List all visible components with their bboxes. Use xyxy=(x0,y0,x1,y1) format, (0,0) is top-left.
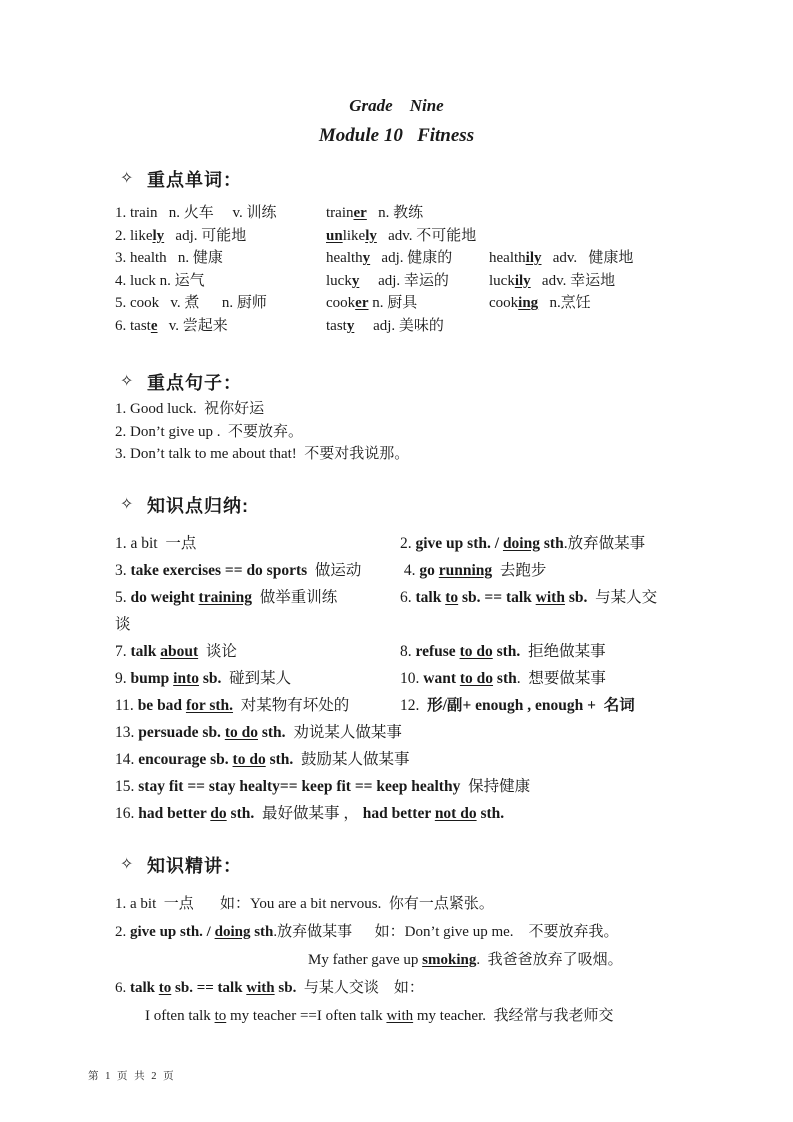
text-segment: sth xyxy=(250,924,273,940)
text-column: 2. give up sth. / doing sth.放弃做某事 如：Don’… xyxy=(115,918,619,946)
text-column: 9. bump into sb. 碰到某人 xyxy=(115,665,291,692)
diamond-bullet-icon: ✧ xyxy=(120,371,133,390)
text-segment: sth xyxy=(540,535,564,552)
text-segment: give up sth. / xyxy=(130,924,215,940)
text-segment: 13. xyxy=(115,724,138,741)
section-heading-knowledge-points: ✧ 知识点归纳: xyxy=(0,492,793,518)
section-heading-key-sentences: ✧ 重点句子： xyxy=(0,369,793,395)
text-column: healthily adv. 健康地 xyxy=(489,247,633,270)
text-column: healthy adj. 健康的 xyxy=(326,247,452,270)
text-segment: ly xyxy=(365,228,377,244)
text-line: 16. had better do sth. 最好做某事 ， had bette… xyxy=(0,800,793,827)
text-column: My father gave up smoking. 我爸爸放弃了吸烟。 xyxy=(308,946,623,974)
diamond-bullet-icon: ✧ xyxy=(120,854,133,873)
text-column: 13. persuade sb. to do sth. 劝说某人做某事 xyxy=(115,719,402,746)
text-segment: health xyxy=(326,250,363,266)
text-column: trainer n. 教练 xyxy=(326,202,423,225)
text-segment: v. 尝起来 xyxy=(158,318,228,334)
text-segment: to do xyxy=(233,751,266,768)
text-segment: adj. 幸运的 xyxy=(359,273,449,289)
text-segment: sb. == talk xyxy=(458,589,536,606)
text-line: 13. persuade sb. to do sth. 劝说某人做某事 xyxy=(0,719,793,746)
text-segment: 3. Don’t talk to me about that! 不要对我说那。 xyxy=(115,446,409,462)
text-line: 3. health n. 健康healthy adj. 健康的healthily… xyxy=(0,247,793,270)
text-segment: to do xyxy=(225,724,258,741)
text-line: 9. bump into sb. 碰到某人10. want to do sth.… xyxy=(0,665,793,692)
text-segment: ily xyxy=(515,273,531,289)
text-segment: 6. xyxy=(115,980,130,996)
text-segment: talk xyxy=(416,589,446,606)
text-segment: My father gave up xyxy=(308,952,422,968)
text-segment: ly xyxy=(153,228,165,244)
text-segment: 最好做某事 ， xyxy=(254,805,359,822)
key-words-list: 1. train n. 火车 v. 训练trainer n. 教练2. like… xyxy=(0,202,793,338)
text-column: 7. talk about 谈论 xyxy=(115,638,237,665)
text-segment: 1. a bit 一点 如：You are a bit nervous. 你有一… xyxy=(115,896,494,912)
section-title: 重点单词： xyxy=(147,166,242,192)
text-line: 2. Don’t give up . 不要放弃。 xyxy=(0,421,793,444)
text-segment: sb. xyxy=(199,670,221,687)
text-segment: 5. cook v. 煮 n. 厨师 xyxy=(115,295,267,311)
text-segment: cook xyxy=(489,295,518,311)
text-segment: I often talk xyxy=(145,1008,215,1024)
text-segment: 15. xyxy=(115,778,138,795)
title-module: Module 10 Fitness xyxy=(0,125,793,147)
text-segment: talk xyxy=(131,643,161,660)
text-segment: 14. xyxy=(115,751,138,768)
text-segment: to do xyxy=(460,643,493,660)
text-column: unlikely adv. 不可能地 xyxy=(326,225,476,248)
text-segment: sb. xyxy=(275,980,297,996)
text-segment: ily xyxy=(526,250,542,266)
text-column: 6. taste v. 尝起来 xyxy=(115,315,228,338)
text-segment: about xyxy=(160,643,198,660)
text-column: 3. take exercises == do sports 做运动 xyxy=(115,557,361,584)
text-segment: 与某人交谈 如： xyxy=(296,980,424,996)
text-column: 5. cook v. 煮 n. 厨师 xyxy=(115,292,267,315)
text-line: 7. talk about 谈论8. refuse to do sth. 拒绝做… xyxy=(0,638,793,665)
text-segment: 2. Don’t give up . 不要放弃。 xyxy=(115,424,303,440)
text-column: 10. want to do sth. 想要做某事 xyxy=(400,665,606,692)
text-column: 2. likely adj. 可能地 xyxy=(115,225,246,248)
text-segment: 保持健康 xyxy=(460,778,530,795)
text-segment: 3. health n. 健康 xyxy=(115,250,223,266)
text-column: 5. do weight training 做举重训练 xyxy=(115,584,337,611)
document-page: Grade Nine Module 10 Fitness ✧ 重点单词： 1. … xyxy=(0,0,793,1122)
text-segment: with xyxy=(386,1008,413,1024)
text-column: 6. talk to sb. == talk with sb. 与某人交 xyxy=(400,584,657,611)
text-segment: 7. xyxy=(115,643,131,660)
text-column: cooking n.烹饪 xyxy=(489,292,591,315)
text-line: 1. a bit 一点 如：You are a bit nervous. 你有一… xyxy=(0,890,793,918)
text-segment: 2. like xyxy=(115,228,153,244)
text-segment: sth. xyxy=(266,751,294,768)
text-segment: do xyxy=(210,805,226,822)
text-segment: cook xyxy=(326,295,355,311)
section-heading-key-words: ✧ 重点单词： xyxy=(0,166,793,192)
text-segment: to xyxy=(215,1008,227,1024)
text-segment: 9. xyxy=(115,670,131,687)
text-column: 1. train n. 火车 v. 训练 xyxy=(115,202,277,225)
text-segment: 对某物有坏处的 xyxy=(233,697,349,714)
text-segment: 5. xyxy=(115,589,131,606)
text-segment: do weight xyxy=(131,589,199,606)
text-segment: + enough , enough + xyxy=(462,697,603,714)
text-line: I often talk to my teacher ==I often tal… xyxy=(0,1002,793,1030)
knowledge-detail-list: 1. a bit 一点 如：You are a bit nervous. 你有一… xyxy=(0,890,793,1030)
text-column: 2. Don’t give up . 不要放弃。 xyxy=(115,421,303,444)
knowledge-points-list: 1. a bit 一点2. give up sth. / doing sth.放… xyxy=(0,530,793,827)
text-segment: smoking xyxy=(422,952,476,968)
diamond-bullet-icon: ✧ xyxy=(120,168,133,187)
text-segment: 3. xyxy=(115,562,131,579)
text-line: 1. Good luck. 祝你好运 xyxy=(0,398,793,421)
text-column: 4. go running 去跑步 xyxy=(400,557,546,584)
text-segment: to do xyxy=(460,670,493,687)
text-segment: .放弃做某事 如：Don’t give up me. 不要放弃我。 xyxy=(273,924,618,940)
text-line: 2. likely adj. 可能地unlikely adv. 不可能地 xyxy=(0,225,793,248)
text-segment: n.烹饪 xyxy=(538,295,591,311)
text-segment: to xyxy=(445,589,458,606)
text-segment: 拒绝做某事 xyxy=(520,643,605,660)
text-column: tasty adj. 美味的 xyxy=(326,315,444,338)
text-segment: like xyxy=(343,228,366,244)
text-segment: 名词 xyxy=(604,697,635,714)
text-segment: 1. train n. 火车 v. 训练 xyxy=(115,205,277,221)
text-line: 6. talk to sb. == talk with sb. 与某人交谈 如： xyxy=(0,974,793,1002)
text-column: 12. 形/副+ enough , enough + 名词 xyxy=(400,692,635,719)
text-segment: for sth. xyxy=(186,697,233,714)
text-segment: 去跑步 xyxy=(492,562,546,579)
text-column: 14. encourage sb. to do sth. 鼓励某人做某事 xyxy=(115,746,410,773)
text-segment: 2. xyxy=(115,924,130,940)
section-title: 知识点归纳: xyxy=(147,492,249,518)
text-segment: stay fit == stay healty== keep fit == ke… xyxy=(138,778,460,795)
text-segment: bump xyxy=(131,670,174,687)
text-segment: refuse xyxy=(416,643,460,660)
text-segment: my teacher ==I often talk xyxy=(226,1008,386,1024)
text-line: 3. Don’t talk to me about that! 不要对我说那。 xyxy=(0,443,793,466)
text-line: 谈 xyxy=(0,611,793,638)
text-segment: sth. xyxy=(493,643,521,660)
page-number-footer: 第 1 页 共 2 页 xyxy=(88,1068,176,1083)
text-segment: go xyxy=(419,562,438,579)
text-segment: tast xyxy=(326,318,347,334)
text-column: 4. luck n. 运气 xyxy=(115,270,205,293)
diamond-bullet-icon: ✧ xyxy=(120,494,133,513)
text-line: 2. give up sth. / doing sth.放弃做某事 如：Don’… xyxy=(0,918,793,946)
key-sentences-list: 1. Good luck. 祝你好运2. Don’t give up . 不要放… xyxy=(0,398,793,466)
text-column: 2. give up sth. / doing sth.放弃做某事 xyxy=(400,530,645,557)
text-column: 3. health n. 健康 xyxy=(115,247,223,270)
text-segment: adv. 不可能地 xyxy=(377,228,476,244)
text-segment: . 我爸爸放弃了吸烟。 xyxy=(476,952,622,968)
text-segment: with xyxy=(536,589,565,606)
section-heading-knowledge-detail: ✧ 知识精讲： xyxy=(0,852,793,878)
text-segment: n. 教练 xyxy=(367,205,423,221)
text-segment: running xyxy=(439,562,492,579)
text-segment: er xyxy=(355,295,368,311)
text-line: 1. a bit 一点2. give up sth. / doing sth.放… xyxy=(0,530,793,557)
text-segment: with xyxy=(246,980,274,996)
text-segment: ing xyxy=(518,295,538,311)
text-segment: 谈论 xyxy=(198,643,237,660)
text-column: 1. Good luck. 祝你好运 xyxy=(115,398,264,421)
text-segment: 8. xyxy=(400,643,416,660)
text-segment: n. 厨具 xyxy=(369,295,418,311)
text-column: I often talk to my teacher ==I often tal… xyxy=(145,1002,614,1030)
text-column: 16. had better do sth. 最好做某事 ， had bette… xyxy=(115,800,504,827)
text-segment: 12. xyxy=(400,697,427,714)
text-segment: 谈 xyxy=(115,616,131,633)
text-segment: talk xyxy=(130,980,159,996)
document-title: Grade Nine Module 10 Fitness xyxy=(0,96,793,147)
text-segment: 2. xyxy=(400,535,416,552)
text-segment: train xyxy=(326,205,354,221)
text-segment: 做运动 xyxy=(307,562,361,579)
text-segment: adv. 幸运地 xyxy=(531,273,615,289)
text-line: 1. train n. 火车 v. 训练trainer n. 教练 xyxy=(0,202,793,225)
text-segment: luck xyxy=(489,273,515,289)
text-segment: sb. == talk xyxy=(171,980,246,996)
text-segment: sth. xyxy=(227,805,255,822)
text-segment: had better xyxy=(138,805,210,822)
text-segment: sb. xyxy=(565,589,587,606)
text-segment: to xyxy=(159,980,172,996)
text-segment: be bad xyxy=(138,697,186,714)
text-column: lucky adj. 幸运的 xyxy=(326,270,449,293)
text-segment: not do xyxy=(435,805,477,822)
text-segment: adv. 健康地 xyxy=(542,250,634,266)
text-segment: want xyxy=(423,670,460,687)
text-line: 5. cook v. 煮 n. 厨师cooker n. 厨具cooking n.… xyxy=(0,292,793,315)
text-segment: sth xyxy=(493,670,517,687)
text-segment: 16. xyxy=(115,805,138,822)
text-segment: sth. xyxy=(258,724,286,741)
text-segment: . 想要做某事 xyxy=(517,670,606,687)
text-segment: 10. xyxy=(400,670,423,687)
text-segment: my teacher. 我经常与我老师交 xyxy=(413,1008,613,1024)
text-segment: 11. xyxy=(115,697,138,714)
text-segment: er xyxy=(354,205,367,221)
text-segment: .放弃做某事 xyxy=(564,535,645,552)
text-line: 14. encourage sb. to do sth. 鼓励某人做某事 xyxy=(0,746,793,773)
text-segment: 与某人交 xyxy=(587,589,657,606)
text-segment: 鼓励某人做某事 xyxy=(293,751,409,768)
text-segment: 形/副 xyxy=(427,697,462,714)
text-segment: 1. a bit 一点 xyxy=(115,535,196,552)
text-segment: 碰到某人 xyxy=(221,670,291,687)
text-column: 3. Don’t talk to me about that! 不要对我说那。 xyxy=(115,443,409,466)
text-segment: 4. xyxy=(400,562,419,579)
text-line: 11. be bad for sth. 对某物有坏处的12. 形/副+ enou… xyxy=(0,692,793,719)
text-segment: had better xyxy=(359,805,435,822)
text-column: 1. a bit 一点 如：You are a bit nervous. 你有一… xyxy=(115,890,494,918)
text-segment: 做举重训练 xyxy=(252,589,337,606)
text-segment: into xyxy=(173,670,199,687)
text-line: 4. luck n. 运气lucky adj. 幸运的luckily adv. … xyxy=(0,270,793,293)
text-segment: luck xyxy=(326,273,352,289)
text-column: luckily adv. 幸运地 xyxy=(489,270,615,293)
text-segment: take exercises == do sports xyxy=(131,562,308,579)
text-segment: 6. tast xyxy=(115,318,151,334)
text-line: 5. do weight training 做举重训练6. talk to sb… xyxy=(0,584,793,611)
text-segment: adj. 可能地 xyxy=(164,228,246,244)
text-segment: 1. Good luck. 祝你好运 xyxy=(115,401,264,417)
text-segment: give up sth. / xyxy=(416,535,503,552)
text-segment: encourage sb. xyxy=(138,751,232,768)
text-segment: adj. 美味的 xyxy=(354,318,444,334)
text-segment: sth. xyxy=(477,805,505,822)
text-segment: adj. 健康的 xyxy=(370,250,452,266)
text-column: 1. a bit 一点 xyxy=(115,530,196,557)
text-column: 8. refuse to do sth. 拒绝做某事 xyxy=(400,638,606,665)
text-segment: training xyxy=(199,589,252,606)
text-line: 15. stay fit == stay healty== keep fit =… xyxy=(0,773,793,800)
text-segment: doing xyxy=(503,535,540,552)
text-column: 11. be bad for sth. 对某物有坏处的 xyxy=(115,692,349,719)
text-segment: health xyxy=(489,250,526,266)
section-title: 重点句子： xyxy=(147,369,242,395)
text-segment: un xyxy=(326,228,343,244)
text-column: 15. stay fit == stay healty== keep fit =… xyxy=(115,773,530,800)
text-line: 6. taste v. 尝起来tasty adj. 美味的 xyxy=(0,315,793,338)
text-segment: persuade sb. xyxy=(138,724,225,741)
text-line: 3. take exercises == do sports 做运动 4. go… xyxy=(0,557,793,584)
text-line: My father gave up smoking. 我爸爸放弃了吸烟。 xyxy=(0,946,793,974)
section-title: 知识精讲： xyxy=(147,852,242,878)
text-column: 6. talk to sb. == talk with sb. 与某人交谈 如： xyxy=(115,974,424,1002)
text-segment: doing xyxy=(215,924,251,940)
text-segment: 6. xyxy=(400,589,416,606)
text-column: 谈 xyxy=(115,611,131,638)
text-segment: 劝说某人做某事 xyxy=(286,724,402,741)
text-column: cooker n. 厨具 xyxy=(326,292,417,315)
title-grade: Grade Nine xyxy=(0,96,793,116)
text-segment: e xyxy=(151,318,158,334)
text-segment: 4. luck n. 运气 xyxy=(115,273,205,289)
